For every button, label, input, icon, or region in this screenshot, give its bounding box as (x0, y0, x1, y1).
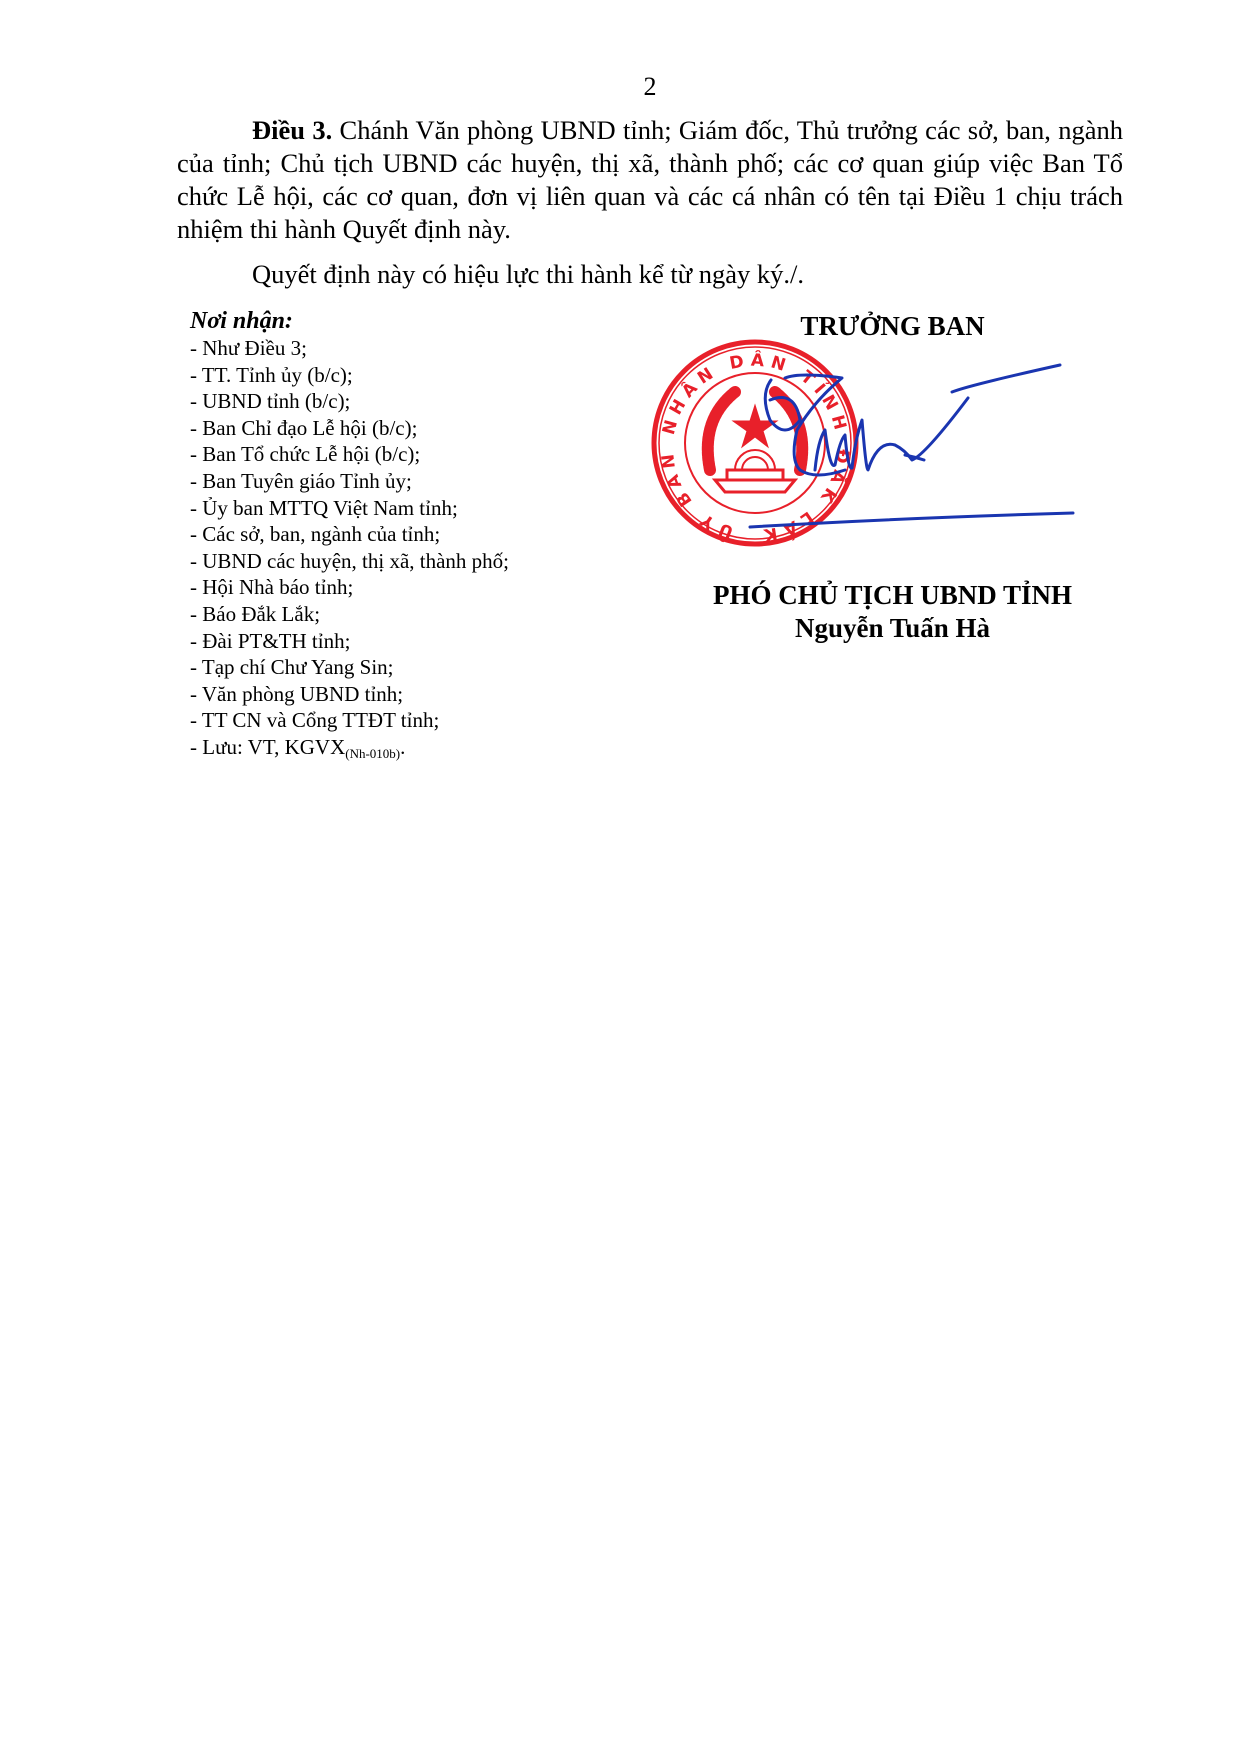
recipient-item: - Ban Chỉ đạo Lễ hội (b/c); (190, 415, 509, 442)
recipient-item: - UBND tỉnh (b/c); (190, 388, 509, 415)
recipient-item: - Hội Nhà báo tỉnh; (190, 574, 509, 601)
recipient-item: - UBND các huyện, thị xã, thành phố; (190, 548, 509, 575)
article-3-paragraph: Điều 3. Chánh Văn phòng UBND tỉnh; Giám … (177, 114, 1123, 246)
archive-label: - Lưu: VT, KGVX (190, 735, 345, 759)
recipient-item: - Ủy ban MTTQ Việt Nam tỉnh; (190, 495, 509, 522)
signer-title: PHÓ CHỦ TỊCH UBND TỈNH (640, 580, 1145, 611)
recipients-title: Nơi nhận: (190, 307, 509, 335)
recipient-item-archive: - Lưu: VT, KGVX(Nh-010b). (190, 734, 509, 768)
recipient-item: - Văn phòng UBND tỉnh; (190, 681, 509, 708)
recipient-item: - Tạp chí Chư Yang Sin; (190, 654, 509, 681)
recipient-item: - Báo Đắk Lắk; (190, 601, 509, 628)
page-number: 2 (0, 72, 1241, 102)
recipient-item: - Ban Tuyên giáo Tỉnh ủy; (190, 468, 509, 495)
recipient-item: - Ban Tổ chức Lễ hội (b/c); (190, 441, 509, 468)
recipients-block: Nơi nhận: - Như Điều 3;- TT. Tỉnh ủy (b/… (190, 307, 509, 768)
effective-clause: Quyết định này có hiệu lực thi hành kể t… (177, 258, 1123, 291)
article-label: Điều 3. (252, 115, 332, 145)
recipient-item: - TT. Tỉnh ủy (b/c); (190, 362, 509, 389)
recipient-item: - Các sở, ban, ngành của tỉnh; (190, 521, 509, 548)
archive-code: (Nh-010b) (345, 746, 400, 761)
signer-name: Nguyễn Tuấn Hà (640, 613, 1145, 644)
svg-text:ỦY BAN NHÂN DÂN TỈNH ĐẮK LẮK: ỦY BAN NHÂN DÂN TỈNH ĐẮK LẮK (658, 349, 853, 546)
recipient-item: - TT CN và Cổng TTĐT tỉnh; (190, 707, 509, 734)
archive-end: . (400, 735, 405, 759)
document-body: Điều 3. Chánh Văn phòng UBND tỉnh; Giám … (177, 114, 1123, 291)
stamp-and-signature: ỦY BAN NHÂN DÂN TỈNH ĐẮK LẮK (640, 330, 1100, 560)
recipient-item: - Đài PT&TH tỉnh; (190, 628, 509, 655)
recipient-list: - Như Điều 3;- TT. Tỉnh ủy (b/c);- UBND … (190, 335, 509, 768)
recipient-item: - Như Điều 3; (190, 335, 509, 362)
